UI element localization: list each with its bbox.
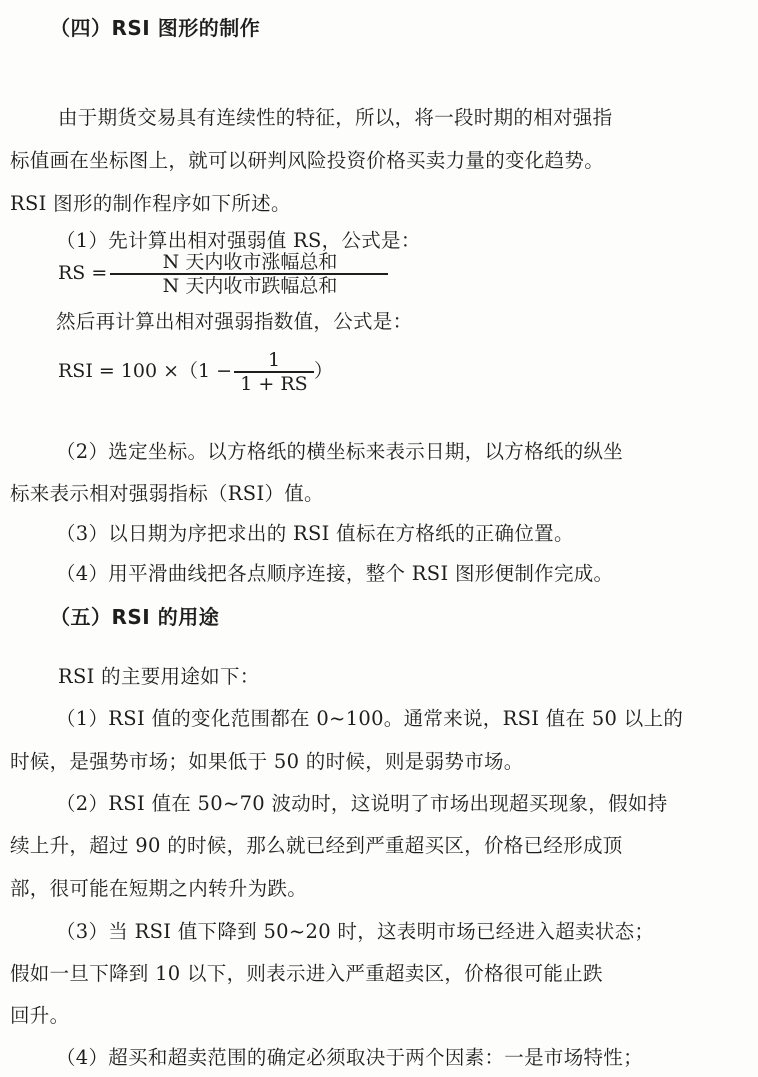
item-1-line: （1）RSI 值的变化范围都在 0~100。通常来说，RSI 值在 50 以上的 — [56, 707, 683, 731]
step-1-text: （1）先计算出相对强弱值 RS，公式是： — [56, 229, 421, 253]
formula-rsi: RSI = 100 ×（1 − 1 1 + RS ） — [58, 349, 358, 395]
formula-rs-numerator: N 天内收市涨幅总和 — [110, 251, 390, 273]
section-4-heading: （四）RSI 图形的制作 — [50, 16, 260, 40]
paragraph-line: RSI 图形的制作程序如下所述。 — [10, 192, 291, 216]
step-4-text: （4）用平滑曲线把各点顺序连接，整个 RSI 图形便制作完成。 — [56, 562, 613, 586]
formula-rs-lhs: RS = — [58, 262, 107, 284]
formula-rsi-numerator: 1 — [234, 349, 314, 371]
formula-rsi-denominator: 1 + RS — [234, 373, 314, 395]
formula-rsi-close-paren: ） — [314, 360, 333, 382]
item-2-line: 部，很可能在短期之内转升为跌。 — [10, 877, 307, 901]
formula-rs: RS = N 天内收市涨幅总和 N 天内收市跌幅总和 — [58, 251, 358, 297]
section-5-heading: （五）RSI 的用途 — [50, 605, 219, 629]
section-5-intro: RSI 的主要用途如下： — [58, 665, 260, 689]
item-3-line: （3）当 RSI 值下降到 50~20 时，这表明市场已经进入超卖状态； — [56, 920, 654, 944]
step-1-continued: 然后再计算出相对强弱指数值，公式是： — [56, 310, 412, 334]
item-2-line: （2）RSI 值在 50~70 波动时，这说明了市场出现超买现象，假如持 — [56, 792, 668, 816]
formula-rs-denominator: N 天内收市跌幅总和 — [110, 275, 390, 297]
step-3-text: （3）以日期为序把求出的 RSI 值标在方格纸的正确位置。 — [56, 522, 574, 546]
step-2-line: 标来表示相对强弱指标（RSI）值。 — [10, 482, 324, 506]
item-3-line: 回升。 — [10, 1004, 69, 1028]
step-2-line: （2）选定坐标。以方格纸的横坐标来表示日期，以方格纸的纵坐 — [56, 440, 623, 464]
item-2-line: 续上升，超过 90 的时候，那么就已经到严重超买区，价格已经形成顶 — [10, 834, 623, 858]
formula-rsi-lhs: RSI = 100 ×（1 − — [58, 360, 232, 382]
paragraph-line: 由于期货交易具有连续性的特征，所以，将一段时期的相对强指 — [58, 106, 612, 130]
item-3-line: 假如一旦下降到 10 以下，则表示进入严重超卖区，价格很可能止跌 — [10, 962, 603, 986]
item-1-line: 时候，是强势市场；如果低于 50 的时候，则是弱势市场。 — [10, 750, 524, 774]
paragraph-line: 标值画在坐标图上，就可以研判风险投资价格买卖力量的变化趋势。 — [10, 149, 604, 173]
item-4-line: （4）超买和超卖范围的确定必须取决于两个因素：一是市场特性； — [56, 1046, 643, 1070]
